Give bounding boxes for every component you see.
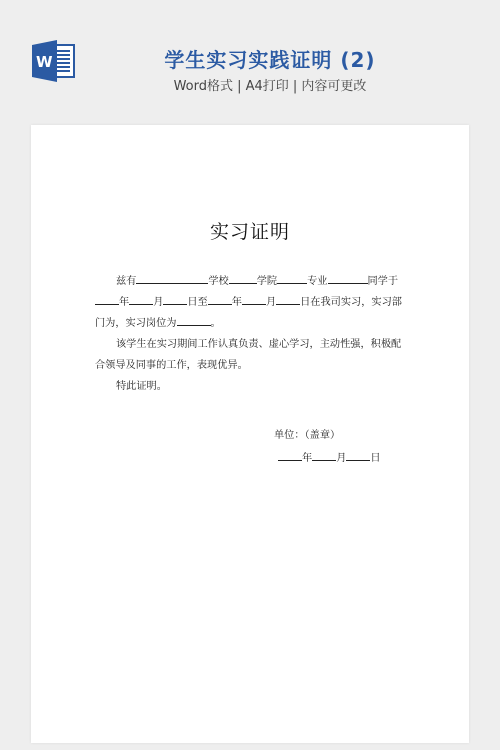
document-title: 实习证明 [31, 217, 469, 244]
svg-text:W: W [36, 53, 53, 71]
text-segment: 同学于 [368, 276, 399, 287]
text-segment: 日至 [187, 297, 207, 308]
page-title: 学生实习实践证明 (2) [150, 44, 390, 73]
blank-sign-year[interactable] [278, 449, 302, 461]
paragraph-intro: 兹有学校学院专业同学于年月日至年月日在我司实习，实习部门为，实习岗位为。 [95, 271, 405, 334]
page-subtitle: Word格式 | A4打印 | 内容可更改 [150, 75, 390, 94]
year-label: 年 [302, 453, 312, 464]
blank-college[interactable] [229, 272, 257, 284]
paragraph-closing: 特此证明。 [95, 376, 405, 397]
text-segment: 。 [211, 318, 221, 329]
blank-sign-day[interactable] [346, 449, 370, 461]
text-segment: 月 [266, 297, 276, 308]
signature-date: 年月日 [274, 448, 381, 469]
month-label: 月 [336, 453, 346, 464]
blank-position[interactable] [177, 314, 211, 326]
text-segment: 年 [119, 297, 129, 308]
blank-end-year[interactable] [208, 293, 232, 305]
text-segment: 年 [232, 297, 242, 308]
blank-school[interactable] [136, 272, 208, 284]
signature-block: 单位：（盖章） 年月日 [274, 425, 381, 469]
text-segment: 专业 [307, 276, 327, 287]
unit-seal-label: 单位：（盖章） [274, 425, 381, 446]
blank-end-day[interactable] [276, 293, 300, 305]
text-segment: 学院 [257, 276, 277, 287]
document-body: 兹有学校学院专业同学于年月日至年月日在我司实习，实习部门为，实习岗位为。 该学生… [95, 271, 405, 397]
paragraph-evaluation: 该学生在实习期间工作认真负责、虚心学习，主动性强，积极配合领导及同事的工作，表现… [95, 334, 405, 376]
text-segment: 兹有 [116, 276, 136, 287]
blank-start-year[interactable] [95, 293, 119, 305]
blank-end-month[interactable] [242, 293, 266, 305]
blank-sign-month[interactable] [312, 449, 336, 461]
blank-start-month[interactable] [129, 293, 153, 305]
day-label: 日 [370, 453, 380, 464]
word-document-icon: W [31, 40, 77, 82]
blank-major[interactable] [277, 272, 307, 284]
document-page: 实习证明 兹有学校学院专业同学于年月日至年月日在我司实习，实习部门为，实习岗位为… [31, 125, 469, 743]
text-segment: 月 [153, 297, 163, 308]
text-segment: 学校 [208, 276, 228, 287]
blank-start-day[interactable] [163, 293, 187, 305]
blank-name[interactable] [328, 272, 368, 284]
